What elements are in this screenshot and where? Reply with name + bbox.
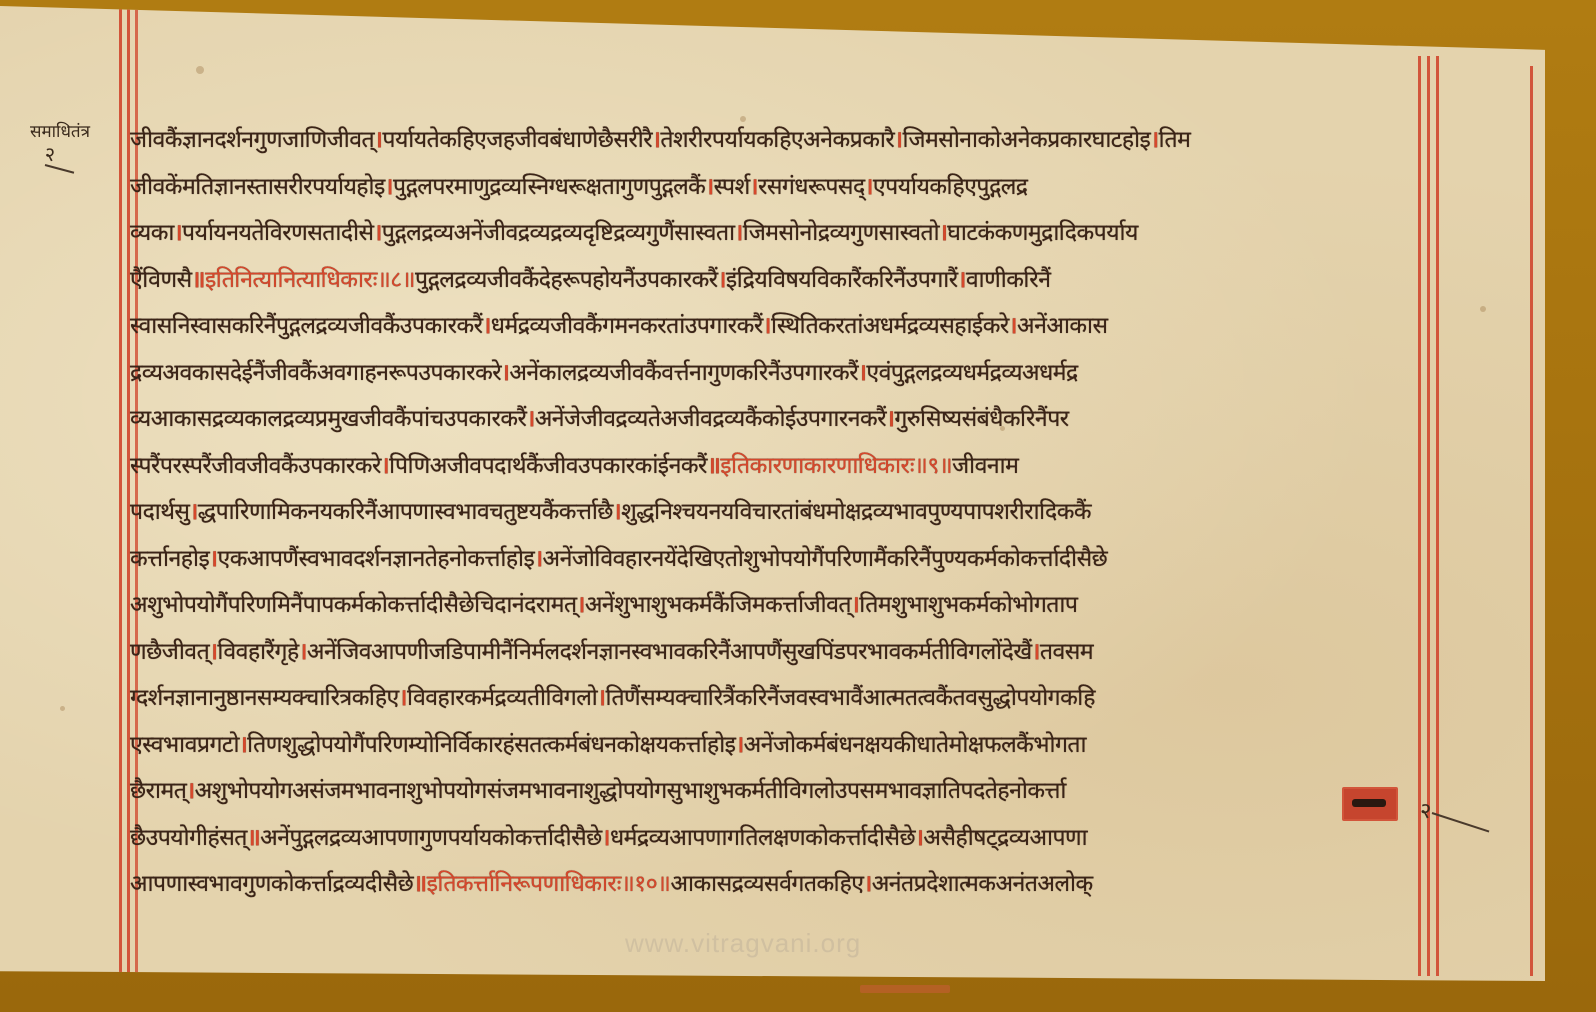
manuscript-line: छैउपयोगीहंसत्॥अनेंपुद्गलद्रव्यआपणागुणपर्… <box>130 820 1410 854</box>
text-segment: पुद्गलद्रव्यअनेंजीवद्रव्यद्रव्यदृष्टिद्र… <box>382 220 735 246</box>
text-segment: विवहारकर्मद्रव्यतीविगलो <box>407 685 597 711</box>
text-segment: शुद्धनिश्चयनयविचारतांबंधमोक्षद्रव्यभावपु… <box>621 499 1091 525</box>
manuscript-line: आपणास्वभावगुणकोकर्त्ताद्रव्यदीसैछे॥इतिकर… <box>130 866 1410 900</box>
text-segment: वाणीकरिनैं <box>966 267 1051 293</box>
text-segment: अनेंजिवआपणीजडिपामीनैंनिर्मलदर्शनज्ञानस्व… <box>307 639 1032 665</box>
danda-mark: । <box>1009 313 1017 339</box>
text-segment: जीवनाम <box>952 453 1018 479</box>
text-segment: घाटकंकणमुद्रादिकपर्याय <box>947 220 1138 246</box>
danda-mark: । <box>174 220 182 246</box>
text-segment: पर्यायनयतेविरणसतादीसे <box>182 220 374 246</box>
text-segment: एैंविणसै <box>130 267 192 293</box>
text-segment: रसगंधरूपसद् <box>758 174 865 200</box>
paper-speck <box>1480 306 1486 312</box>
red-stamp-mark <box>860 985 950 993</box>
danda-mark: । <box>374 220 382 246</box>
danda-mark: । <box>864 871 872 897</box>
folio-number-left: २ <box>0 144 110 164</box>
text-segment: तिम <box>1159 127 1191 153</box>
danda-mark: । <box>613 499 621 525</box>
danda-mark: । <box>602 825 610 851</box>
danda-mark: । <box>1150 127 1158 153</box>
text-segment: तिमशुभाशुभकर्मकोभोगताप <box>859 592 1077 618</box>
danda-mark: । <box>534 546 542 572</box>
manuscript-line: व्यआकासद्रव्यकालद्रव्यप्रमुखजीवकैंपांचउप… <box>130 401 1410 435</box>
manuscript-line: कर्त्तानहोइ।एकआपणैंस्वभावदर्शनज्ञानतेहनो… <box>130 541 1410 575</box>
text-segment: अनेंजेजीवद्रव्यतेअजीवद्रव्यकैंकोईउपगारनक… <box>535 406 886 432</box>
manuscript-line: स्वासनिस्वासकरिनैंपुद्गलद्रव्यजीवकैंउपका… <box>130 308 1410 342</box>
manuscript-line: जीवकैंज्ञानदर्शनगुणजाणिजीवत्।पर्यायतेकहि… <box>130 122 1420 156</box>
danda-mark: । <box>718 267 726 293</box>
paper-speck <box>60 706 65 711</box>
danda-mark: ॥ <box>192 267 205 293</box>
text-segment: जिमसोनोद्रव्यगुणसास्वतो <box>743 220 939 246</box>
text-segment: तिणैंसम्यक्चारित्रैंकरिनैंजवस्वभावैंआत्म… <box>605 685 1094 711</box>
text-segment: स्परैंपरस्परैंजीवजीवकैंउपकारकरे <box>130 453 381 479</box>
margin-title: समाधितंत्र २ <box>10 122 110 164</box>
manuscript-line: द्रव्यअवकासदेईनैंजीवकैंअवगाहनरूपउपकारकरे… <box>130 355 1410 389</box>
text-segment: जीवकैंज्ञानदर्शनगुणजाणिजीवत् <box>130 127 374 153</box>
margin-title-text: समाधितंत्र <box>30 122 90 142</box>
text-segment: कर्त्तानहोइ <box>130 546 209 572</box>
text-segment: तवसम <box>1040 639 1093 665</box>
manuscript-line: जीवकेंमतिज्ञानस्तासरीरपर्यायहोइ।पुद्गलपर… <box>130 169 1410 203</box>
text-segment: धर्मद्रव्यजीवकैंगमनकरतांउपगारकरैं <box>491 313 763 339</box>
danda-mark: । <box>577 592 585 618</box>
text-segment: अनेंआकास <box>1017 313 1108 339</box>
danda-mark: । <box>186 778 194 804</box>
danda-mark: । <box>385 174 393 200</box>
text-segment: स्वासनिस्वासकरिनैंपुद्गलद्रव्यजीवकैंउपका… <box>130 313 483 339</box>
manuscript-line: छैरामत्।अशुभोपयोगअसंजमभावनाशुभोपयोगसंजमभ… <box>130 773 1410 807</box>
text-segment: पुद्गलद्रव्यजीवकैंदेहरूपहोयनैंउपकारकरैं <box>415 267 718 293</box>
rubric-heading: ॥८॥ <box>377 267 415 293</box>
danda-mark: । <box>381 453 389 479</box>
text-segment: विवहारैंगृहे <box>217 639 298 665</box>
danda-mark: । <box>399 685 407 711</box>
text-segment: धर्मद्रव्यआपणागतिलक्षणकोकर्त्तादीसैछे <box>610 825 915 851</box>
folio-number-right: २ <box>1420 795 1431 825</box>
text-segment: पर्यायतेकहिएजहजीवबंधाणेछैसरीरै <box>382 127 652 153</box>
paper-speck <box>196 66 204 74</box>
danda-mark: । <box>735 732 743 758</box>
manuscript-line: णछैजीवत्।विवहारैंगृहे।अनेंजिवआपणीजडिपामी… <box>130 634 1410 668</box>
text-segment: द्रव्यअवकासदेईनैंजीवकैंअवगाहनरूपउपकारकरे <box>130 360 501 386</box>
text-segment: आपणास्वभावगुणकोकर्त्ताद्रव्यदीसैछे <box>130 871 413 897</box>
danda-mark: । <box>735 220 743 246</box>
text-segment: व्यका <box>130 220 174 246</box>
right-border-rule <box>1418 56 1421 976</box>
text-segment: छैरामत् <box>130 778 186 804</box>
text-segment: छैउपयोगीहंसत् <box>130 825 247 851</box>
text-segment: तेशरीरपर्यायकहिएअनेकप्रकारै <box>660 127 894 153</box>
text-segment: गुरुसिष्यसंबंधैकरिनैंपर <box>894 406 1068 432</box>
right-border-rule <box>1436 56 1439 976</box>
text-segment: णछैजीवत् <box>130 639 209 665</box>
text-segment: असैहीषट्द्रव्यआपणा <box>923 825 1087 851</box>
outer-edge-rule <box>1530 66 1533 976</box>
text-segment: इंद्रियविषयविकारैंकरिनैंउपगारैं <box>726 267 958 293</box>
left-border-rule <box>119 6 122 976</box>
right-border-rule <box>1427 56 1430 976</box>
danda-mark: । <box>763 313 771 339</box>
text-segment: स्पर्श <box>714 174 750 200</box>
manuscript-line: पदार्थसु।द्धपारिणामिकनयकरिनैंआपणास्वभावच… <box>130 494 1410 528</box>
text-segment: एपर्यायकहिएपुद्गलद्र <box>873 174 1028 200</box>
text-segment: अशुभोपयोगैंपरिणमिनैंपापकर्मकोकर्त्तादीसै… <box>130 592 577 618</box>
text-segment: अनेंजोविवहारनयेंदेखिएतोशुभोपयोगैंपरिणामै… <box>543 546 1108 572</box>
danda-mark: । <box>705 174 713 200</box>
rubric-heading: इतिकर्त्तानिरूपणाधिकारः <box>427 871 621 897</box>
danda-mark: । <box>299 639 307 665</box>
watermark: www.vitragvani.org <box>625 928 861 959</box>
text-segment: अनंतप्रदेशात्मकअनंतअलोक् <box>872 871 1093 897</box>
text-segment: जिमसोनाकोअनेकप्रकारघाटहोइ <box>903 127 1151 153</box>
rubric-heading: ॥९॥ <box>914 453 952 479</box>
manuscript-line: व्यका।पर्यायनयतेविरणसतादीसे।पुद्गलद्रव्य… <box>130 215 1410 249</box>
text-segment: अनेंपुद्गलद्रव्यआपणागुणपर्यायकोकर्त्तादी… <box>260 825 602 851</box>
manuscript-line: एैंविणसै॥इतिनित्यानित्याधिकारः॥८॥पुद्गलद… <box>130 262 1410 296</box>
text-segment: अनेंशुभाशुभकर्मकैंजिमकर्त्ताजीवत् <box>585 592 851 618</box>
danda-mark: । <box>865 174 873 200</box>
danda-mark: । <box>239 732 247 758</box>
text-segment: अशुभोपयोगअसंजमभावनाशुभोपयोगसंजमभावनाशुद्… <box>195 778 1066 804</box>
danda-mark: ॥ <box>247 825 260 851</box>
danda-mark: । <box>958 267 966 293</box>
danda-mark: । <box>894 127 902 153</box>
text-segment: अनेंकालद्रव्यजीवकैंवर्त्तनागुणकरिनैंउपगा… <box>509 360 858 386</box>
text-segment: एकआपणैंस्वभावदर्शनज्ञानतेहनोकर्त्ताहोइ <box>217 546 534 572</box>
manuscript-line: एस्वभावप्रगटो।तिणशुद्धोपयोगैंपरिणम्योनिर… <box>130 727 1410 761</box>
danda-mark: । <box>483 313 491 339</box>
rubric-heading: इतिकारणाकारणाधिकारः <box>720 453 914 479</box>
text-segment: द्धपारिणामिकनयकरिनैंआपणास्वभावचतुष्टयकैं… <box>198 499 613 525</box>
text-segment: ग्दर्शनज्ञानानुष्ठानसम्यक्चारित्रकहिए <box>130 685 399 711</box>
manuscript-line: अशुभोपयोगैंपरिणमिनैंपापकर्मकोकर्त्तादीसै… <box>130 587 1410 621</box>
rubric-heading: इतिनित्यानित्याधिकारः <box>205 267 377 293</box>
text-segment: पदार्थसु <box>130 499 189 525</box>
text-segment: स्थितिकरतांअधर्मद्रव्यसहाईकरे <box>771 313 1009 339</box>
text-segment: पिणिअजीवपदार्थकैंजीवउपकारकांईनकरैं <box>389 453 707 479</box>
manuscript-line: स्परैंपरस्परैंजीवजीवकैंउपकारकरे।पिणिअजीव… <box>130 448 1410 482</box>
rubric-heading: ॥१०॥ <box>621 871 670 897</box>
correction-mark <box>1342 787 1398 821</box>
manuscript-line: ग्दर्शनज्ञानानुष्ठानसम्यक्चारित्रकहिए।वि… <box>130 680 1410 714</box>
manuscript-text-block: जीवकैंज्ञानदर्शनगुणजाणिजीवत्।पर्यायतेकहि… <box>130 122 1415 912</box>
text-segment: व्यआकासद्रव्यकालद्रव्यप्रमुखजीवकैंपांचउप… <box>130 406 526 432</box>
text-segment: एवंपुद्गलद्रव्यधर्मद्रव्यअधर्मद्र <box>866 360 1077 386</box>
text-segment: एस्वभावप्रगटो <box>130 732 239 758</box>
danda-mark: ॥ <box>413 871 426 897</box>
text-segment: आकासद्रव्यसर्वगतकहिए <box>670 871 863 897</box>
text-segment: पुद्गलपरमाणुद्रव्यस्निग्धरूक्षतागुणपुद्ग… <box>393 174 705 200</box>
danda-mark: । <box>189 499 197 525</box>
text-segment: अनेंजोकर्मबंधनक्षयकीधातेमोक्षफलकैंभोगता <box>744 732 1086 758</box>
text-segment: जीवकेंमतिज्ञानस्तासरीरपर्यायहोइ <box>130 174 385 200</box>
danda-mark: । <box>1032 639 1040 665</box>
danda-mark: ॥ <box>707 453 720 479</box>
danda-mark: । <box>750 174 758 200</box>
text-segment: तिणशुद्धोपयोगैंपरिणम्योनिर्विकारहंसतत्कर… <box>247 732 735 758</box>
danda-mark: । <box>526 406 534 432</box>
